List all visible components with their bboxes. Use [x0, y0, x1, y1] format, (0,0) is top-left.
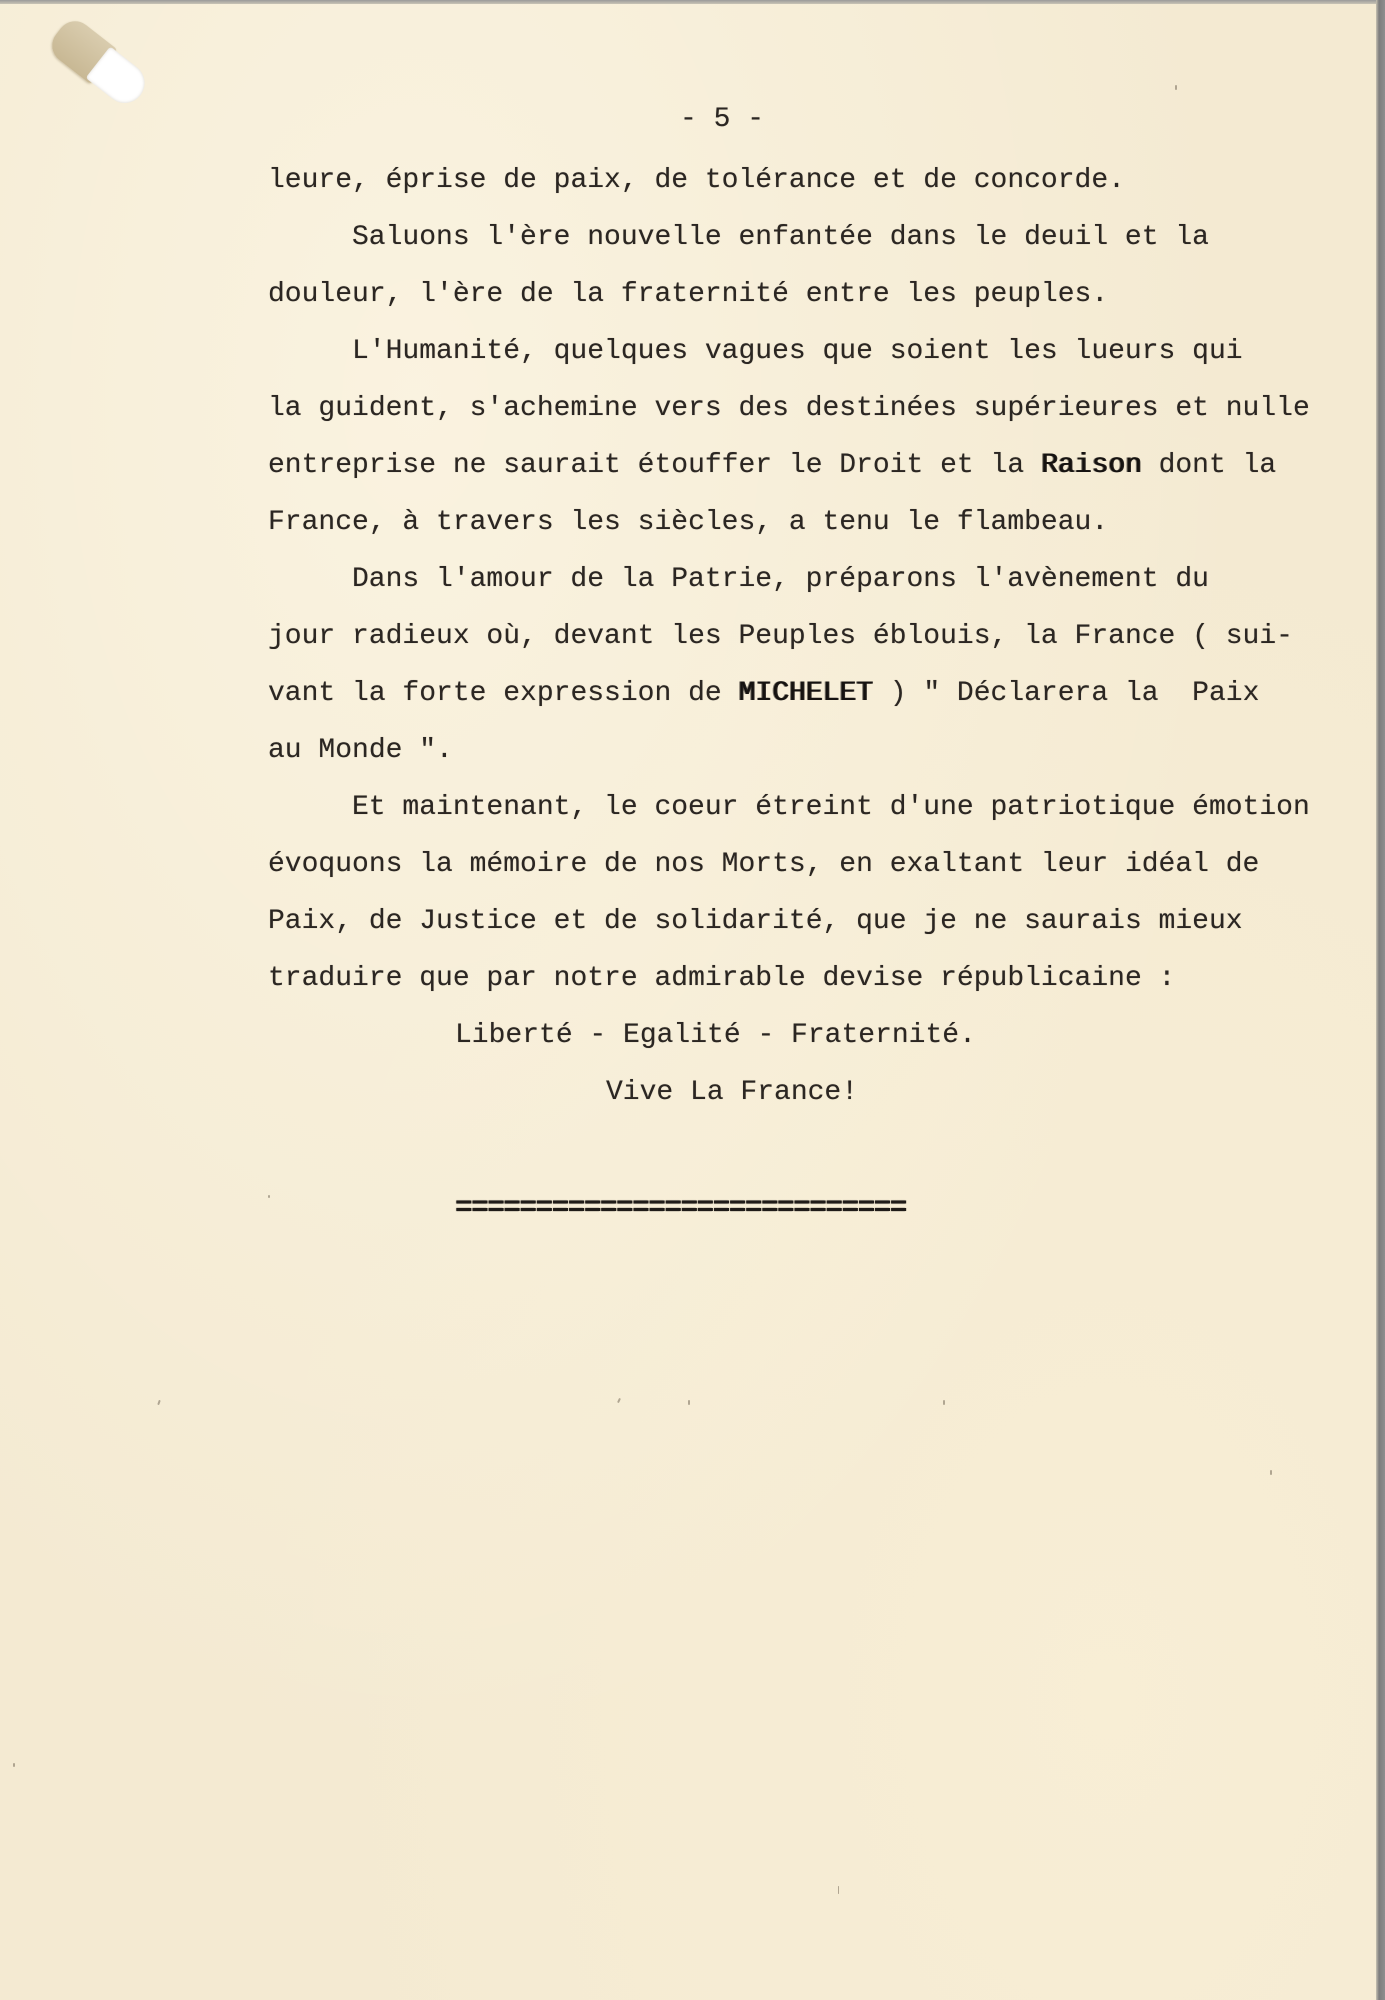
page-number: - 5 - — [680, 106, 764, 134]
separator-line: xxxxxxxxxxxxxxxxxxxxxxxxxxxx ===========… — [455, 1196, 970, 1220]
paper-speck — [268, 1195, 270, 1198]
text-line-13: évoquons la mémoire de nos Morts, en exa… — [268, 851, 1259, 879]
paper-speck — [1175, 85, 1177, 90]
text-segment: ) " Déclarera la Paix — [873, 678, 1259, 709]
closing-exclamation: Vive La France! — [606, 1079, 858, 1107]
paper-speck — [157, 1400, 161, 1405]
text-line-8: Dans l'amour de la Patrie, préparons l'a… — [352, 566, 1209, 594]
text-segment: dont la — [1142, 450, 1276, 481]
text-line-5: la guident, s'achemine vers des destinée… — [268, 395, 1310, 423]
text-line-6: entreprise ne saurait étouffer le Droit … — [268, 452, 1276, 480]
paper-speck — [838, 1886, 839, 1894]
overstruck-word: Raison — [1041, 450, 1142, 481]
separator-overstrike: ============================ — [455, 1196, 906, 1220]
text-line-9: jour radieux où, devant les Peuples éblo… — [268, 623, 1293, 651]
paper-speck — [1270, 1470, 1272, 1475]
paper-speck — [13, 1763, 15, 1767]
text-line-11: au Monde ". — [268, 737, 453, 765]
page-right-edge — [1376, 0, 1385, 2000]
paper-speck — [617, 1398, 621, 1403]
text-line-1: leure, éprise de paix, de tolérance et d… — [268, 167, 1125, 195]
text-segment: vant la forte expression de — [268, 678, 738, 709]
paper-speck — [688, 1400, 690, 1405]
punch-hole-icon — [45, 14, 151, 110]
page-top-edge — [0, 0, 1385, 4]
text-line-10: vant la forte expression de MICHELET ) "… — [268, 680, 1259, 708]
text-line-2: Saluons l'ère nouvelle enfantée dans le … — [352, 224, 1209, 252]
motto: Liberté - Egalité - Fraternité. — [455, 1022, 976, 1050]
paper-speck — [943, 1400, 945, 1405]
text-line-15: traduire que par notre admirable devise … — [268, 965, 1175, 993]
text-line-14: Paix, de Justice et de solidarité, que j… — [268, 908, 1243, 936]
document-page: - 5 - leure, éprise de paix, de toléranc… — [0, 0, 1385, 2000]
overstruck-word: MICHELET — [738, 678, 872, 709]
text-line-3: douleur, l'ère de la fraternité entre le… — [268, 281, 1108, 309]
text-line-12: Et maintenant, le coeur étreint d'une pa… — [352, 794, 1310, 822]
text-line-4: L'Humanité, quelques vagues que soient l… — [352, 338, 1243, 366]
text-segment: entreprise ne saurait étouffer le Droit … — [268, 450, 1041, 481]
text-line-7: France, à travers les siècles, a tenu le… — [268, 509, 1108, 537]
